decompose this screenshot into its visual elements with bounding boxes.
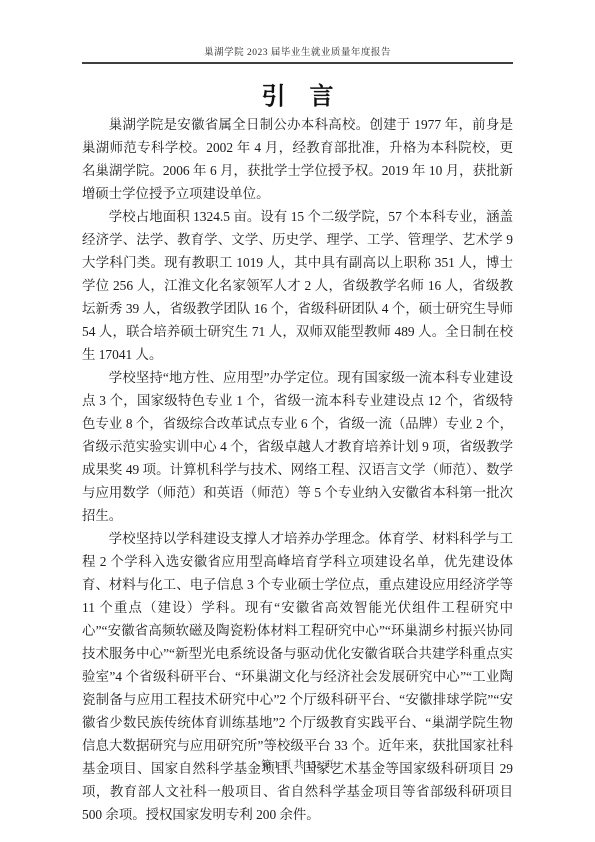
paragraph-school-overview: 巢湖学院是安徽省属全日制公办本科高校。创建于 1977 年，前身是巢湖师范专科学…	[82, 113, 513, 205]
section-title: 引 言	[0, 76, 595, 111]
paragraph-orientation-majors: 学校坚持“地方性、应用型”办学定位。现有国家级一流本科专业建设点 3 个，国家级…	[82, 366, 513, 527]
page-number: 第 1 页 共 152 页	[261, 760, 334, 771]
page-footer: 第 1 页 共 152 页	[0, 756, 595, 771]
document-page: 巢湖学院 2023 届毕业生就业质量年度报告 引 言 巢湖学院是安徽省属全日制公…	[0, 0, 595, 842]
page-header: 巢湖学院 2023 届毕业生就业质量年度报告	[82, 44, 513, 64]
paragraph-discipline-research: 学校坚持以学科建设支撑人才培养办学理念。体育学、材料科学与工程 2 个学科入选安…	[82, 527, 513, 826]
paragraph-campus-faculty: 学校占地面积 1324.5 亩。设有 15 个二级学院，57 个本科专业，涵盖经…	[82, 205, 513, 366]
running-header-title: 巢湖学院 2023 届毕业生就业质量年度报告	[204, 48, 391, 58]
document-body: 巢湖学院是安徽省属全日制公办本科高校。创建于 1977 年，前身是巢湖师范专科学…	[82, 113, 513, 826]
